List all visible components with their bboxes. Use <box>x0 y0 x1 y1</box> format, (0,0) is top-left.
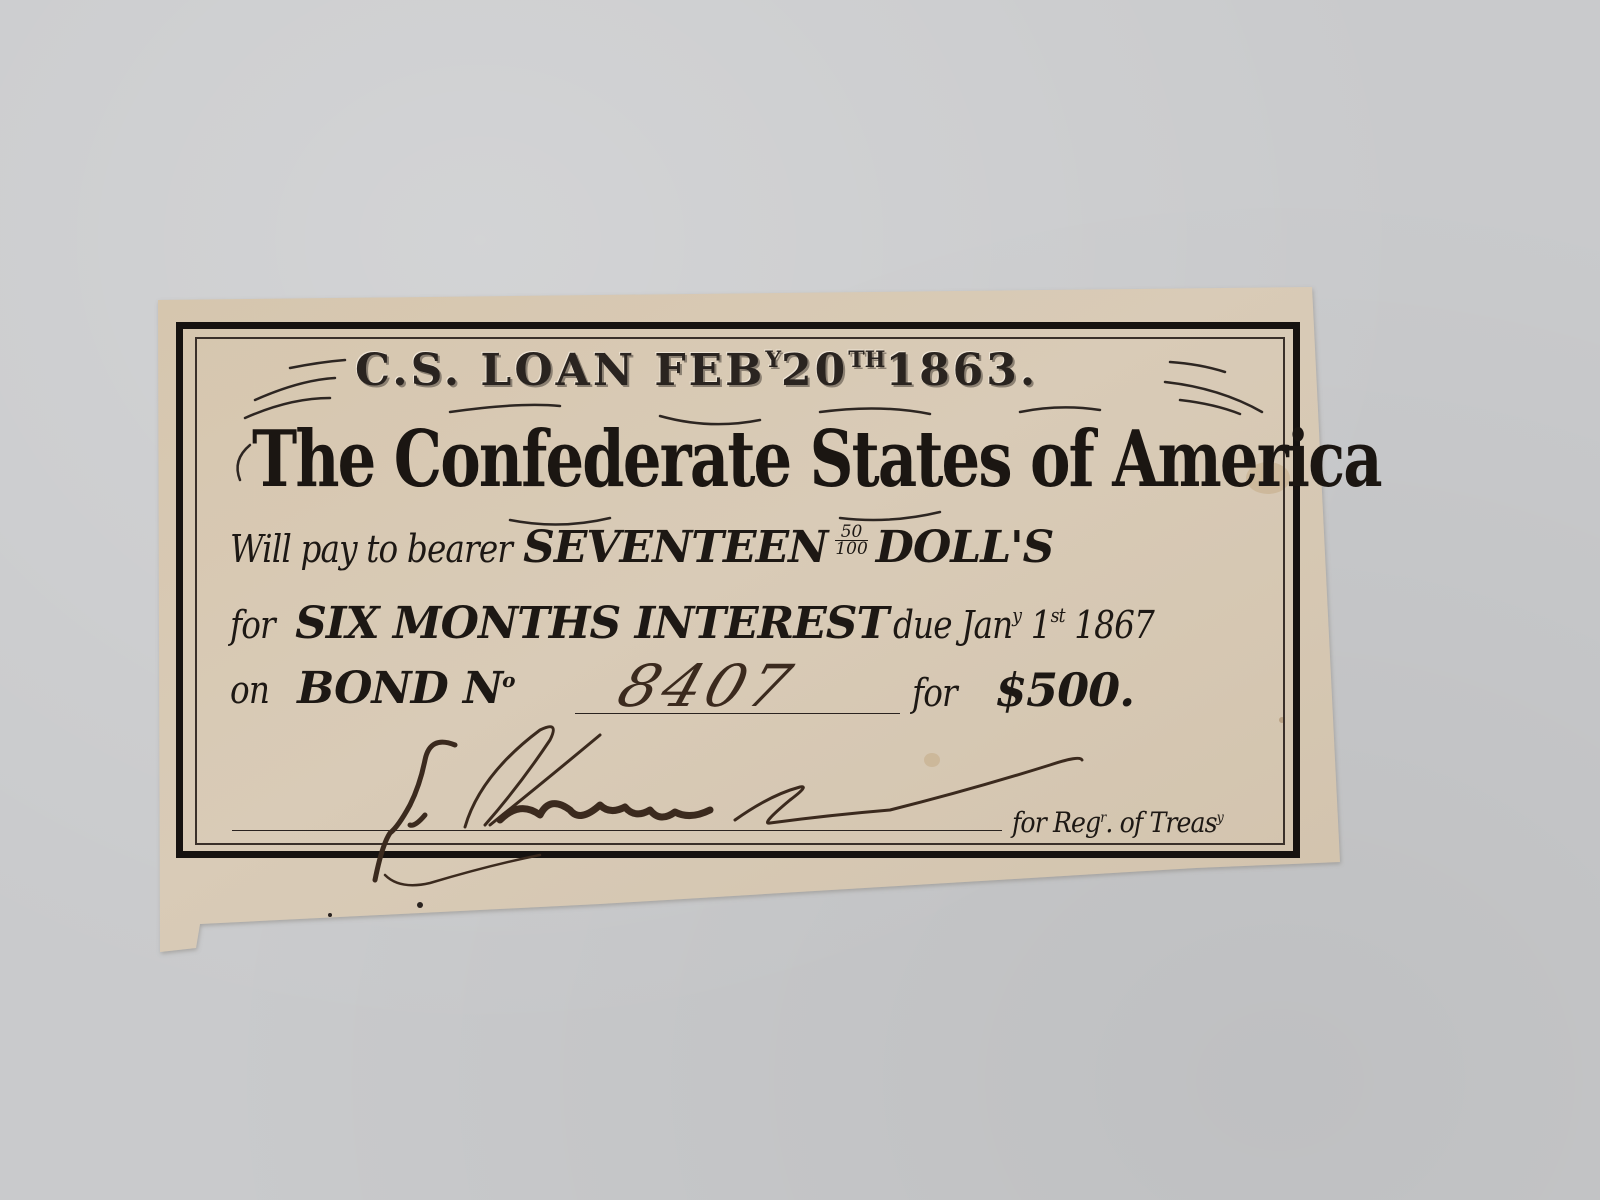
amount-unit: DOLL'S <box>876 522 1054 573</box>
number-label-n: N <box>463 663 502 714</box>
interest-prefix: for <box>230 603 282 647</box>
pay-line: Will pay to bearer SEVENTEEN50100DOLL'S <box>230 522 1053 573</box>
signatory-title: for Regr. of Treasy <box>1012 806 1223 839</box>
loan-day-sup: TH <box>848 347 885 373</box>
bond-for-label: for <box>912 671 979 715</box>
amount-words: SEVENTEEN <box>523 522 827 573</box>
bond-number-label: No <box>463 663 515 714</box>
pay-prefix: Will pay to bearer <box>230 527 512 571</box>
loan-year: 1863. <box>885 345 1038 396</box>
bond-line: on BOND No <box>230 663 514 714</box>
bond-prefix: on <box>230 668 283 712</box>
loan-date-heading: C.S. LOAN FEBY20TH1863. <box>355 345 1155 396</box>
due-date: due Jany 1st 1867 <box>893 603 1154 647</box>
due-day: 1 <box>1031 603 1051 647</box>
due-month-sup: y <box>1013 603 1022 627</box>
bond-value-line: for $500. <box>912 663 1134 717</box>
title-mid: . of Treas <box>1105 806 1216 839</box>
bond-value: $500. <box>995 663 1134 717</box>
due-label: due Jan <box>893 603 1012 647</box>
amount-fraction: 50100 <box>835 524 867 557</box>
document-title: The Confederate States of America <box>252 413 1181 505</box>
loan-prefix: C.S. LOAN FEB <box>355 345 765 396</box>
due-year: 1867 <box>1075 603 1155 647</box>
title-end-sup: y <box>1217 810 1223 826</box>
fraction-denominator: 100 <box>835 541 867 557</box>
loan-day: 20 <box>781 345 848 396</box>
interest-line: for SIX MONTHS INTEREST due Jany 1st 186… <box>230 598 1197 649</box>
loan-month-sup: Y <box>765 347 781 373</box>
interest-term: SIX MONTHS INTEREST <box>295 598 888 649</box>
bond-label: BOND <box>297 663 448 714</box>
number-label-sup: o <box>502 668 514 692</box>
bond-coupon: C.S. LOAN FEBY20TH1863. The Confederate … <box>0 0 1600 1200</box>
handwritten-bond-number: 8407 <box>610 652 804 720</box>
title-prefix: for Reg <box>1012 806 1100 839</box>
due-day-sup: st <box>1051 603 1065 627</box>
